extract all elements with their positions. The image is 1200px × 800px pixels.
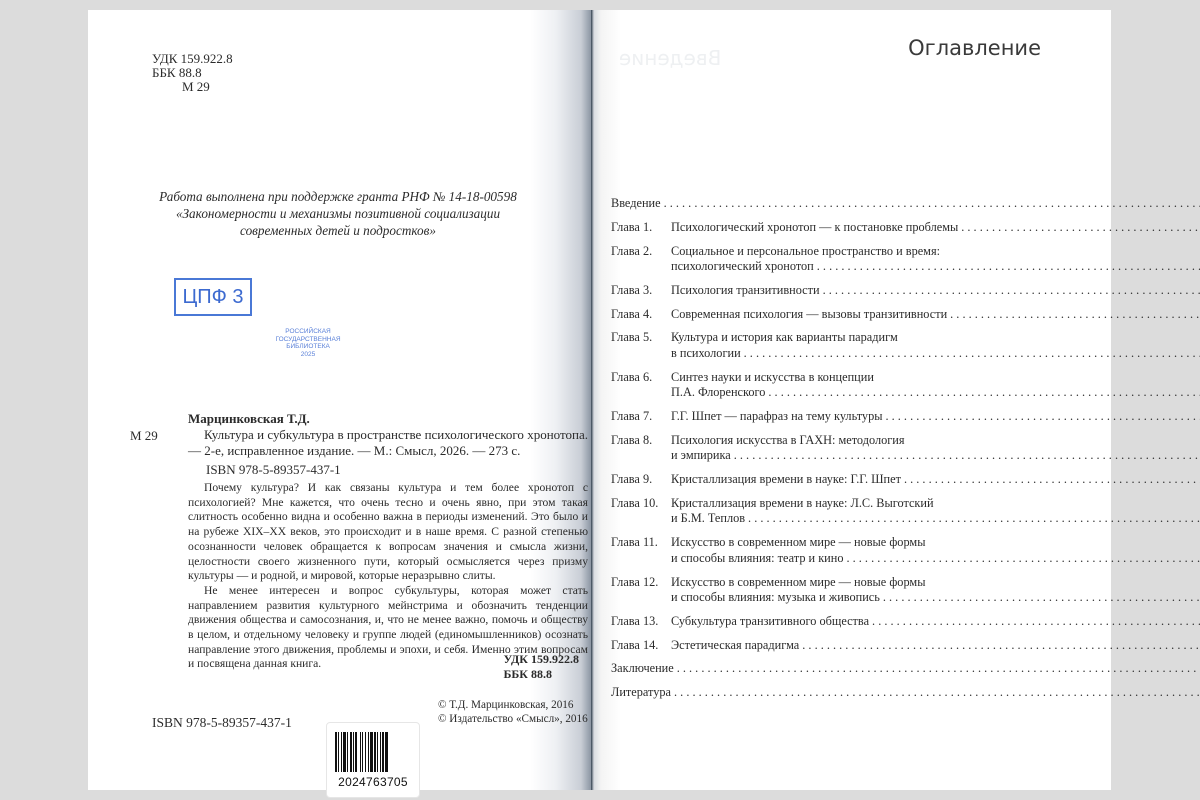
table-of-contents: Введение4Глава 1.Психологический хроното…	[611, 196, 1043, 709]
isbn-bottom: ISBN 978-5-89357-437-1	[152, 715, 292, 731]
toc-entry: Глава 5.Культура и история как варианты …	[611, 330, 1043, 361]
toc-entry-title: и Б.М. Теплов	[671, 511, 745, 527]
toc-chapter-label: Глава 9.	[611, 472, 671, 488]
toc-entry-title: Г.Г. Шпет — парафраз на тему культуры	[671, 409, 882, 425]
toc-entry: Заключение259	[611, 661, 1043, 677]
toc-entry-title: в психологии	[671, 346, 741, 362]
bibliographic-record: Культура и субкультура в пространстве пс…	[188, 427, 588, 459]
toc-entry: Глава 3.Психология транзитивности31	[611, 283, 1043, 299]
toc-leader-dots	[883, 590, 1200, 606]
bbk-code: ББК 88.8	[152, 66, 233, 80]
toc-chapter-label: Глава 6.	[611, 370, 671, 401]
toc-leader-dots	[664, 196, 1200, 212]
toc-entry-title: Заключение	[611, 661, 674, 677]
toc-entry-title: и эмпирика	[671, 448, 731, 464]
toc-entry-title: Психология транзитивности	[671, 283, 820, 299]
toc-entry: Глава 7.Г.Г. Шпет — парафраз на тему кул…	[611, 409, 1043, 425]
left-page-imprint: УДК 159.922.8 ББК 88.8 M 29 Работа выпол…	[88, 10, 591, 790]
toc-chapter-label: Глава 11.	[611, 535, 671, 566]
toc-entry-title: Социальное и персональное пространство и…	[671, 244, 940, 260]
toc-entry: Литература265	[611, 685, 1043, 701]
toc-chapter-label: Глава 5.	[611, 330, 671, 361]
classification-bottom: УДК 159.922.8 ББК 88.8	[503, 652, 579, 682]
toc-entry-title: Синтез науки и искусства в концепции	[671, 370, 874, 386]
stamp-year: 2025	[258, 351, 358, 359]
toc-chapter-label: Глава 2.	[611, 244, 671, 275]
toc-leader-dots	[846, 551, 1200, 567]
library-fund-stamp: ЦПФ 3	[174, 278, 252, 316]
classification-codes: УДК 159.922.8 ББК 88.8 M 29	[152, 52, 233, 94]
stamp-line: ГОСУДАРСТВЕННАЯ	[258, 336, 358, 344]
author-mark: M 29	[152, 80, 233, 94]
toc-entry-title: Кристаллизация времени в науке: Г.Г. Шпе…	[671, 472, 901, 488]
toc-entry: Глава 11.Искусство в современном мире — …	[611, 535, 1043, 566]
toc-entry-title: П.А. Флоренского	[671, 385, 765, 401]
grant-line: современных детей и подростков»	[148, 222, 528, 239]
bbk-code: ББК 88.8	[503, 667, 579, 682]
grant-note: Работа выполнена при поддержке гранта РН…	[148, 188, 528, 239]
toc-entry: Глава 9.Кристаллизация времени в науке: …	[611, 472, 1043, 488]
toc-chapter-label: Глава 10.	[611, 496, 671, 527]
toc-chapter-label: Глава 13.	[611, 614, 671, 630]
toc-entry-title: Искусство в современном мире — новые фор…	[671, 535, 925, 551]
contents-title: Оглавление	[908, 36, 1041, 60]
toc-entry: Введение4	[611, 196, 1043, 212]
toc-leader-dots	[885, 409, 1200, 425]
toc-leader-dots	[950, 307, 1200, 323]
toc-entry: Глава 2.Социальное и персональное простр…	[611, 244, 1043, 275]
toc-entry-title: и способы влияния: музыка и живопись	[671, 590, 880, 606]
toc-entry-title: Искусство в современном мире — новые фор…	[671, 575, 925, 591]
toc-entry-title: Психология искусства в ГАХН: методология	[671, 433, 905, 449]
copyright-notice: © Т.Д. Марцинковская, 2016 © Издательств…	[438, 698, 588, 726]
toc-entry-title: психологический хронотоп	[671, 259, 814, 275]
barcode-sticker: 2024763705	[326, 722, 420, 798]
udk-code: УДК 159.922.8	[503, 652, 579, 667]
stamp-line: РОССИЙСКАЯ	[258, 328, 358, 336]
annotation: Почему культура? И как связаны культура …	[188, 481, 588, 672]
grant-line: «Закономерности и механизмы позитивной с…	[148, 205, 528, 222]
barcode-icon	[335, 732, 411, 772]
toc-entry-title: Культура и история как варианты парадигм	[671, 330, 898, 346]
toc-entry-title: Субкультура транзитивного общества	[671, 614, 869, 630]
toc-leader-dots	[674, 685, 1200, 701]
toc-leader-dots	[748, 511, 1200, 527]
toc-entry-title: Литература	[611, 685, 671, 701]
library-stamp: РОССИЙСКАЯ ГОСУДАРСТВЕННАЯ БИБЛИОТЕКА 20…	[258, 328, 358, 358]
toc-leader-dots	[961, 220, 1200, 236]
toc-entry-title: Современная психология — вызовы транзити…	[671, 307, 947, 323]
toc-entry: Глава 1.Психологический хронотоп — к пос…	[611, 220, 1043, 236]
barcode-number: 2024763705	[327, 775, 419, 789]
toc-entry-title: Эстетическая парадигма	[671, 638, 799, 654]
toc-entry: Глава 13.Субкультура транзитивного общес…	[611, 614, 1043, 630]
toc-entry-title: Кристаллизация времени в науке: Л.С. Выг…	[671, 496, 934, 512]
toc-leader-dots	[823, 283, 1200, 299]
toc-chapter-label: Глава 4.	[611, 307, 671, 323]
toc-chapter-label: Глава 8.	[611, 433, 671, 464]
toc-leader-dots	[872, 614, 1200, 630]
toc-leader-dots	[904, 472, 1200, 488]
copyright-line: © Т.Д. Марцинковская, 2016	[438, 698, 588, 712]
grant-line: Работа выполнена при поддержке гранта РН…	[148, 188, 528, 205]
toc-entry: Глава 12.Искусство в современном мире — …	[611, 575, 1043, 606]
toc-entry-title: Психологический хронотоп — к постановке …	[671, 220, 958, 236]
toc-entry: Глава 8.Психология искусства в ГАХН: мет…	[611, 433, 1043, 464]
right-page-contents: Введение Оглавление Введение4Глава 1.Пси…	[591, 10, 1111, 790]
toc-entry: Глава 10.Кристаллизация времени в науке:…	[611, 496, 1043, 527]
toc-entry-title: Введение	[611, 196, 661, 212]
toc-leader-dots	[677, 661, 1200, 677]
toc-leader-dots	[734, 448, 1200, 464]
udk-code: УДК 159.922.8	[152, 52, 233, 66]
stamp-line: БИБЛИОТЕКА	[258, 343, 358, 351]
toc-chapter-label: Глава 1.	[611, 220, 671, 236]
toc-entry-title: и способы влияния: театр и кино	[671, 551, 843, 567]
isbn-top: ISBN 978-5-89357-437-1	[206, 462, 341, 478]
author-name: Марцинковская Т.Д.	[188, 411, 310, 427]
toc-entry: Глава 6.Синтез науки и искусства в конце…	[611, 370, 1043, 401]
toc-chapter-label: Глава 7.	[611, 409, 671, 425]
toc-entry: Глава 14.Эстетическая парадигма246	[611, 638, 1043, 654]
copyright-line: © Издательство «Смысл», 2016	[438, 712, 588, 726]
toc-chapter-label: Глава 3.	[611, 283, 671, 299]
call-number: M 29	[130, 428, 158, 444]
toc-leader-dots	[817, 259, 1200, 275]
toc-entry: Глава 4.Современная психология — вызовы …	[611, 307, 1043, 323]
toc-leader-dots	[802, 638, 1200, 654]
annotation-paragraph: Почему культура? И как связаны культура …	[188, 481, 588, 584]
show-through-heading: Введение	[619, 46, 721, 70]
toc-chapter-label: Глава 12.	[611, 575, 671, 606]
toc-leader-dots	[744, 346, 1200, 362]
toc-chapter-label: Глава 14.	[611, 638, 671, 654]
toc-leader-dots	[768, 385, 1200, 401]
